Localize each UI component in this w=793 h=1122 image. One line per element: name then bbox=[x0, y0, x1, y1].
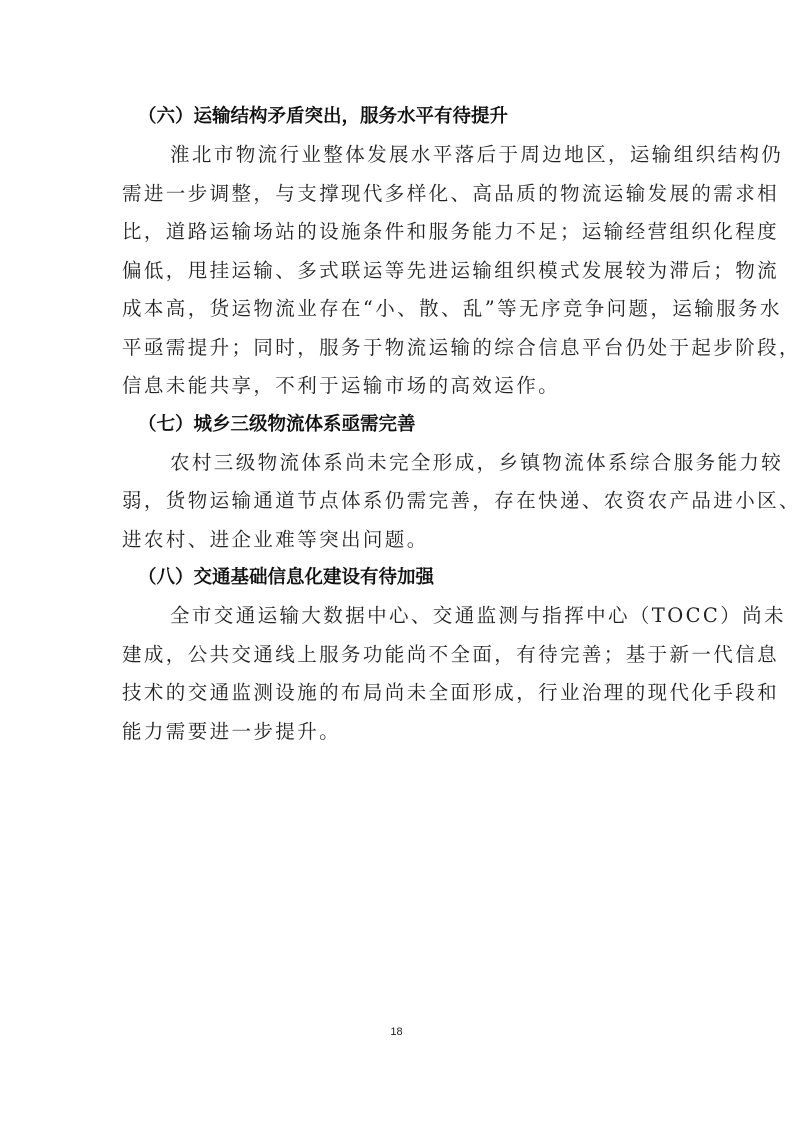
text-line: 淮北市物流行业整体发展水平落后于周边地区，运输组织结构仍 bbox=[122, 136, 678, 175]
text-line: 农村三级物流体系尚未完全形成，乡镇物流体系综合服务能力较 bbox=[122, 444, 678, 483]
paragraph: 淮北市物流行业整体发展水平落后于周边地区，运输组织结构仍 需进一步调整，与支撑现… bbox=[122, 136, 678, 406]
text-line: 弱，货物运输通道节点体系仍需完善，存在快递、农资农产品进小区、 bbox=[122, 482, 678, 521]
text-line: 需进一步调整，与支撑现代多样化、高品质的物流运输发展的需求相 bbox=[122, 175, 678, 214]
text-line: 成本高，货运物流业存在“小、散、乱”等无序竞争问题，运输服务水 bbox=[122, 290, 678, 329]
text-line: 偏低，甩挂运输、多式联运等先进运输组织模式发展较为滞后；物流 bbox=[122, 252, 678, 291]
section-heading: （八）交通基础信息化建设有待加强 bbox=[122, 559, 678, 597]
page-content: （六）运输结构矛盾突出，服务水平有待提升 淮北市物流行业整体发展水平落后于周边地… bbox=[122, 98, 678, 751]
section-6: （六）运输结构矛盾突出，服务水平有待提升 淮北市物流行业整体发展水平落后于周边地… bbox=[122, 98, 678, 406]
text-line: 建成，公共交通线上服务功能尚不全面，有待完善；基于新一代信息 bbox=[122, 636, 678, 675]
text-line: 信息未能共享，不利于运输市场的高效运作。 bbox=[122, 367, 678, 406]
text-line: 进农村、进企业难等突出问题。 bbox=[122, 521, 678, 560]
section-8: （八）交通基础信息化建设有待加强 全市交通运输大数据中心、交通监测与指挥中心（T… bbox=[122, 559, 678, 751]
text-line: 比，道路运输场站的设施条件和服务能力不足；运输经营组织化程度 bbox=[122, 213, 678, 252]
text-line: 能力需要进一步提升。 bbox=[122, 713, 678, 752]
section-heading: （七）城乡三级物流体系亟需完善 bbox=[122, 406, 678, 444]
text-line: 全市交通运输大数据中心、交通监测与指挥中心（TOCC）尚未 bbox=[122, 597, 678, 636]
document-page: （六）运输结构矛盾突出，服务水平有待提升 淮北市物流行业整体发展水平落后于周边地… bbox=[0, 0, 793, 1122]
paragraph: 全市交通运输大数据中心、交通监测与指挥中心（TOCC）尚未 建成，公共交通线上服… bbox=[122, 597, 678, 751]
section-heading: （六）运输结构矛盾突出，服务水平有待提升 bbox=[122, 98, 678, 136]
text-line: 技术的交通监测设施的布局尚未全面形成，行业治理的现代化手段和 bbox=[122, 674, 678, 713]
section-7: （七）城乡三级物流体系亟需完善 农村三级物流体系尚未完全形成，乡镇物流体系综合服… bbox=[122, 406, 678, 560]
page-number: 18 bbox=[0, 1026, 793, 1038]
text-line: 平亟需提升；同时，服务于物流运输的综合信息平台仍处于起步阶段， bbox=[122, 329, 678, 368]
paragraph: 农村三级物流体系尚未完全形成，乡镇物流体系综合服务能力较 弱，货物运输通道节点体… bbox=[122, 444, 678, 560]
